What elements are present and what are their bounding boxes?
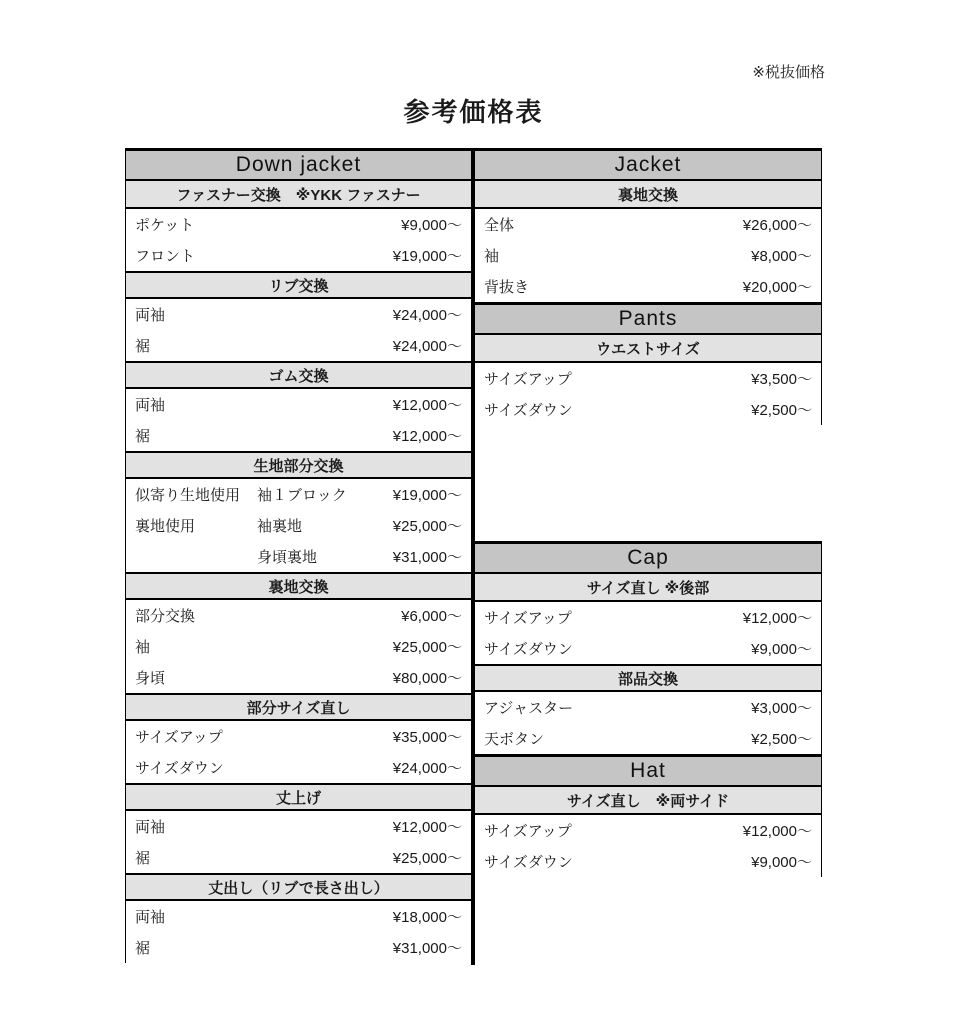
item-label: サイズアップ	[484, 820, 572, 841]
item-price: ¥80,000～	[393, 667, 462, 688]
header-text: リブ交換	[268, 275, 328, 296]
item-label: 両袖	[135, 816, 165, 837]
price-row: 似寄り生地使用袖１ブロック¥19,000～	[126, 479, 471, 510]
header-text: 裏地交換	[268, 576, 328, 597]
item-label: サイズダウン	[484, 851, 573, 872]
price-row: 裏地使用袖裏地¥25,000～	[126, 510, 471, 541]
item-label: サイズダウン	[484, 638, 573, 659]
item-price: ¥3,500～	[751, 368, 812, 389]
item-label: 身頃	[135, 667, 165, 688]
item-label: フロント	[135, 245, 195, 266]
price-row: サイズダウン¥9,000～	[475, 633, 821, 664]
item-price: ¥12,000～	[393, 394, 462, 415]
price-row: 袖¥8,000～	[475, 240, 821, 271]
item-label: サイズダウン	[484, 399, 573, 420]
header-text: サイズ直し ※両サイド	[567, 790, 729, 811]
price-row: 袖¥25,000～	[126, 631, 471, 662]
item-price: ¥12,000～	[743, 607, 812, 628]
item-price: ¥25,000～	[393, 636, 462, 657]
price-row: サイズアップ¥3,500～	[475, 363, 821, 394]
price-row: 天ボタン¥2,500～	[475, 723, 821, 754]
item-sublabel: 身頃裏地	[257, 546, 393, 567]
header-text: 生地部分交換	[253, 455, 343, 476]
section-header: 部品交換	[475, 664, 821, 692]
section-header: ゴム交換	[126, 361, 471, 389]
price-row: 部分交換¥6,000～	[126, 600, 471, 631]
header-text: ゴム交換	[268, 365, 328, 386]
item-label: 裏地使用	[135, 515, 257, 536]
header-text: Hat	[630, 759, 666, 783]
item-label: 背抜き	[484, 276, 529, 297]
item-price: ¥18,000～	[393, 906, 462, 927]
category-header: Cap	[475, 541, 821, 574]
price-row: 両袖¥12,000～	[126, 389, 471, 420]
item-price: ¥31,000～	[393, 937, 462, 958]
item-price: ¥26,000～	[743, 214, 812, 235]
item-price: ¥3,000～	[751, 697, 812, 718]
item-label: サイズアップ	[135, 726, 223, 747]
price-table-jacket-pants: Jacket裏地交換全体¥26,000～袖¥8,000～背抜き¥20,000～P…	[475, 148, 822, 425]
header-text: ウエストサイズ	[596, 338, 700, 359]
header-text: 裏地交換	[618, 184, 678, 205]
price-table-cap-hat: Capサイズ直し ※後部サイズアップ¥12,000～サイズダウン¥9,000～部…	[475, 541, 822, 877]
item-label: サイズアップ	[484, 607, 572, 628]
item-label: 両袖	[135, 394, 165, 415]
item-label: 全体	[484, 214, 514, 235]
item-sublabel: 袖１ブロック	[257, 484, 393, 505]
header-text: Jacket	[615, 153, 682, 177]
header-text: 部品交換	[618, 668, 678, 689]
section-header: リブ交換	[126, 271, 471, 299]
item-price: ¥20,000～	[743, 276, 812, 297]
item-price: ¥19,000～	[393, 245, 462, 266]
price-row: サイズダウン¥9,000～	[475, 846, 821, 877]
price-row: サイズアップ¥35,000～	[126, 721, 471, 752]
section-header: サイズ直し ※両サイド	[475, 787, 821, 815]
item-price: ¥9,000～	[401, 214, 462, 235]
price-row: アジャスター¥3,000～	[475, 692, 821, 723]
item-label: 裾	[135, 937, 150, 958]
item-label: 裾	[135, 335, 150, 356]
section-header: 裏地交換	[126, 572, 471, 600]
section-header: 丈上げ	[126, 783, 471, 811]
page-title: 参考価格表	[125, 92, 822, 129]
header-text: 丈上げ	[276, 787, 321, 808]
price-row: サイズアップ¥12,000～	[475, 602, 821, 633]
price-table-down-jacket: Down jacketファスナー交換 ※YKK ファスナーポケット¥9,000～…	[125, 148, 471, 963]
header-text: Pants	[619, 307, 678, 331]
item-price: ¥19,000～	[393, 484, 462, 505]
category-header: Jacket	[475, 148, 821, 181]
item-price: ¥24,000～	[393, 304, 462, 325]
item-label: 部分交換	[135, 605, 195, 626]
section-header: 部分サイズ直し	[126, 693, 471, 721]
header-text: ファスナー交換 ※YKK ファスナー	[176, 184, 420, 205]
price-row: 両袖¥12,000～	[126, 811, 471, 842]
item-price: ¥12,000～	[393, 816, 462, 837]
price-row: サイズダウン¥24,000～	[126, 752, 471, 783]
price-row: サイズダウン¥2,500～	[475, 394, 821, 425]
header-text: Cap	[627, 546, 669, 570]
item-label: 裾	[135, 847, 150, 868]
price-row: 両袖¥24,000～	[126, 299, 471, 330]
price-row: 裾¥25,000～	[126, 842, 471, 873]
item-price: ¥31,000～	[393, 546, 462, 567]
item-label: 両袖	[135, 906, 165, 927]
item-label: 似寄り生地使用	[135, 484, 257, 505]
item-sublabel: 袖裏地	[257, 515, 393, 536]
section-header: 丈出し（リブで長さ出し）	[126, 873, 471, 901]
header-text: 丈出し（リブで長さ出し）	[208, 877, 388, 898]
item-price: ¥12,000～	[393, 425, 462, 446]
price-row: 裾¥24,000～	[126, 330, 471, 361]
item-price: ¥2,500～	[751, 728, 812, 749]
item-label: サイズアップ	[484, 368, 572, 389]
item-price: ¥12,000～	[743, 820, 812, 841]
item-label: ポケット	[135, 214, 194, 235]
item-price: ¥24,000～	[393, 757, 462, 778]
price-row: フロント¥19,000～	[126, 240, 471, 271]
tax-note: ※税抜価格	[752, 61, 825, 82]
section-header: ウエストサイズ	[475, 335, 821, 363]
price-row: サイズアップ¥12,000～	[475, 815, 821, 846]
header-text: Down jacket	[236, 153, 361, 177]
section-header: 裏地交換	[475, 181, 821, 209]
price-row: 両袖¥18,000～	[126, 901, 471, 932]
item-price: ¥8,000～	[751, 245, 812, 266]
item-label: 袖	[484, 245, 499, 266]
price-row: 全体¥26,000～	[475, 209, 821, 240]
item-price: ¥9,000～	[751, 851, 812, 872]
item-label: 袖	[135, 636, 150, 657]
price-row: 身頃¥80,000～	[126, 662, 471, 693]
item-label: サイズダウン	[135, 757, 224, 778]
item-price: ¥35,000～	[393, 726, 462, 747]
item-label: 両袖	[135, 304, 165, 325]
item-price: ¥6,000～	[401, 605, 462, 626]
price-row: 裾¥12,000～	[126, 420, 471, 451]
category-header: Hat	[475, 754, 821, 787]
header-text: サイズ直し ※後部	[587, 577, 710, 598]
item-label: 天ボタン	[484, 728, 544, 749]
price-row: ポケット¥9,000～	[126, 209, 471, 240]
price-row: 裾¥31,000～	[126, 932, 471, 963]
item-price: ¥2,500～	[751, 399, 812, 420]
category-header: Pants	[475, 302, 821, 335]
item-price: ¥9,000～	[751, 638, 812, 659]
item-price: ¥24,000～	[393, 335, 462, 356]
section-header: ファスナー交換 ※YKK ファスナー	[126, 181, 471, 209]
section-header: サイズ直し ※後部	[475, 574, 821, 602]
price-tables: Down jacketファスナー交換 ※YKK ファスナーポケット¥9,000～…	[125, 148, 822, 978]
header-text: 部分サイズ直し	[247, 697, 351, 718]
price-row: 身頃裏地¥31,000～	[126, 541, 471, 572]
section-header: 生地部分交換	[126, 451, 471, 479]
price-row: 背抜き¥20,000～	[475, 271, 821, 302]
item-label: アジャスター	[484, 697, 573, 718]
item-price: ¥25,000～	[393, 515, 462, 536]
category-header: Down jacket	[126, 148, 471, 181]
item-price: ¥25,000～	[393, 847, 462, 868]
item-label: 裾	[135, 425, 150, 446]
right-column: Jacket裏地交換全体¥26,000～袖¥8,000～背抜き¥20,000～P…	[475, 148, 822, 877]
